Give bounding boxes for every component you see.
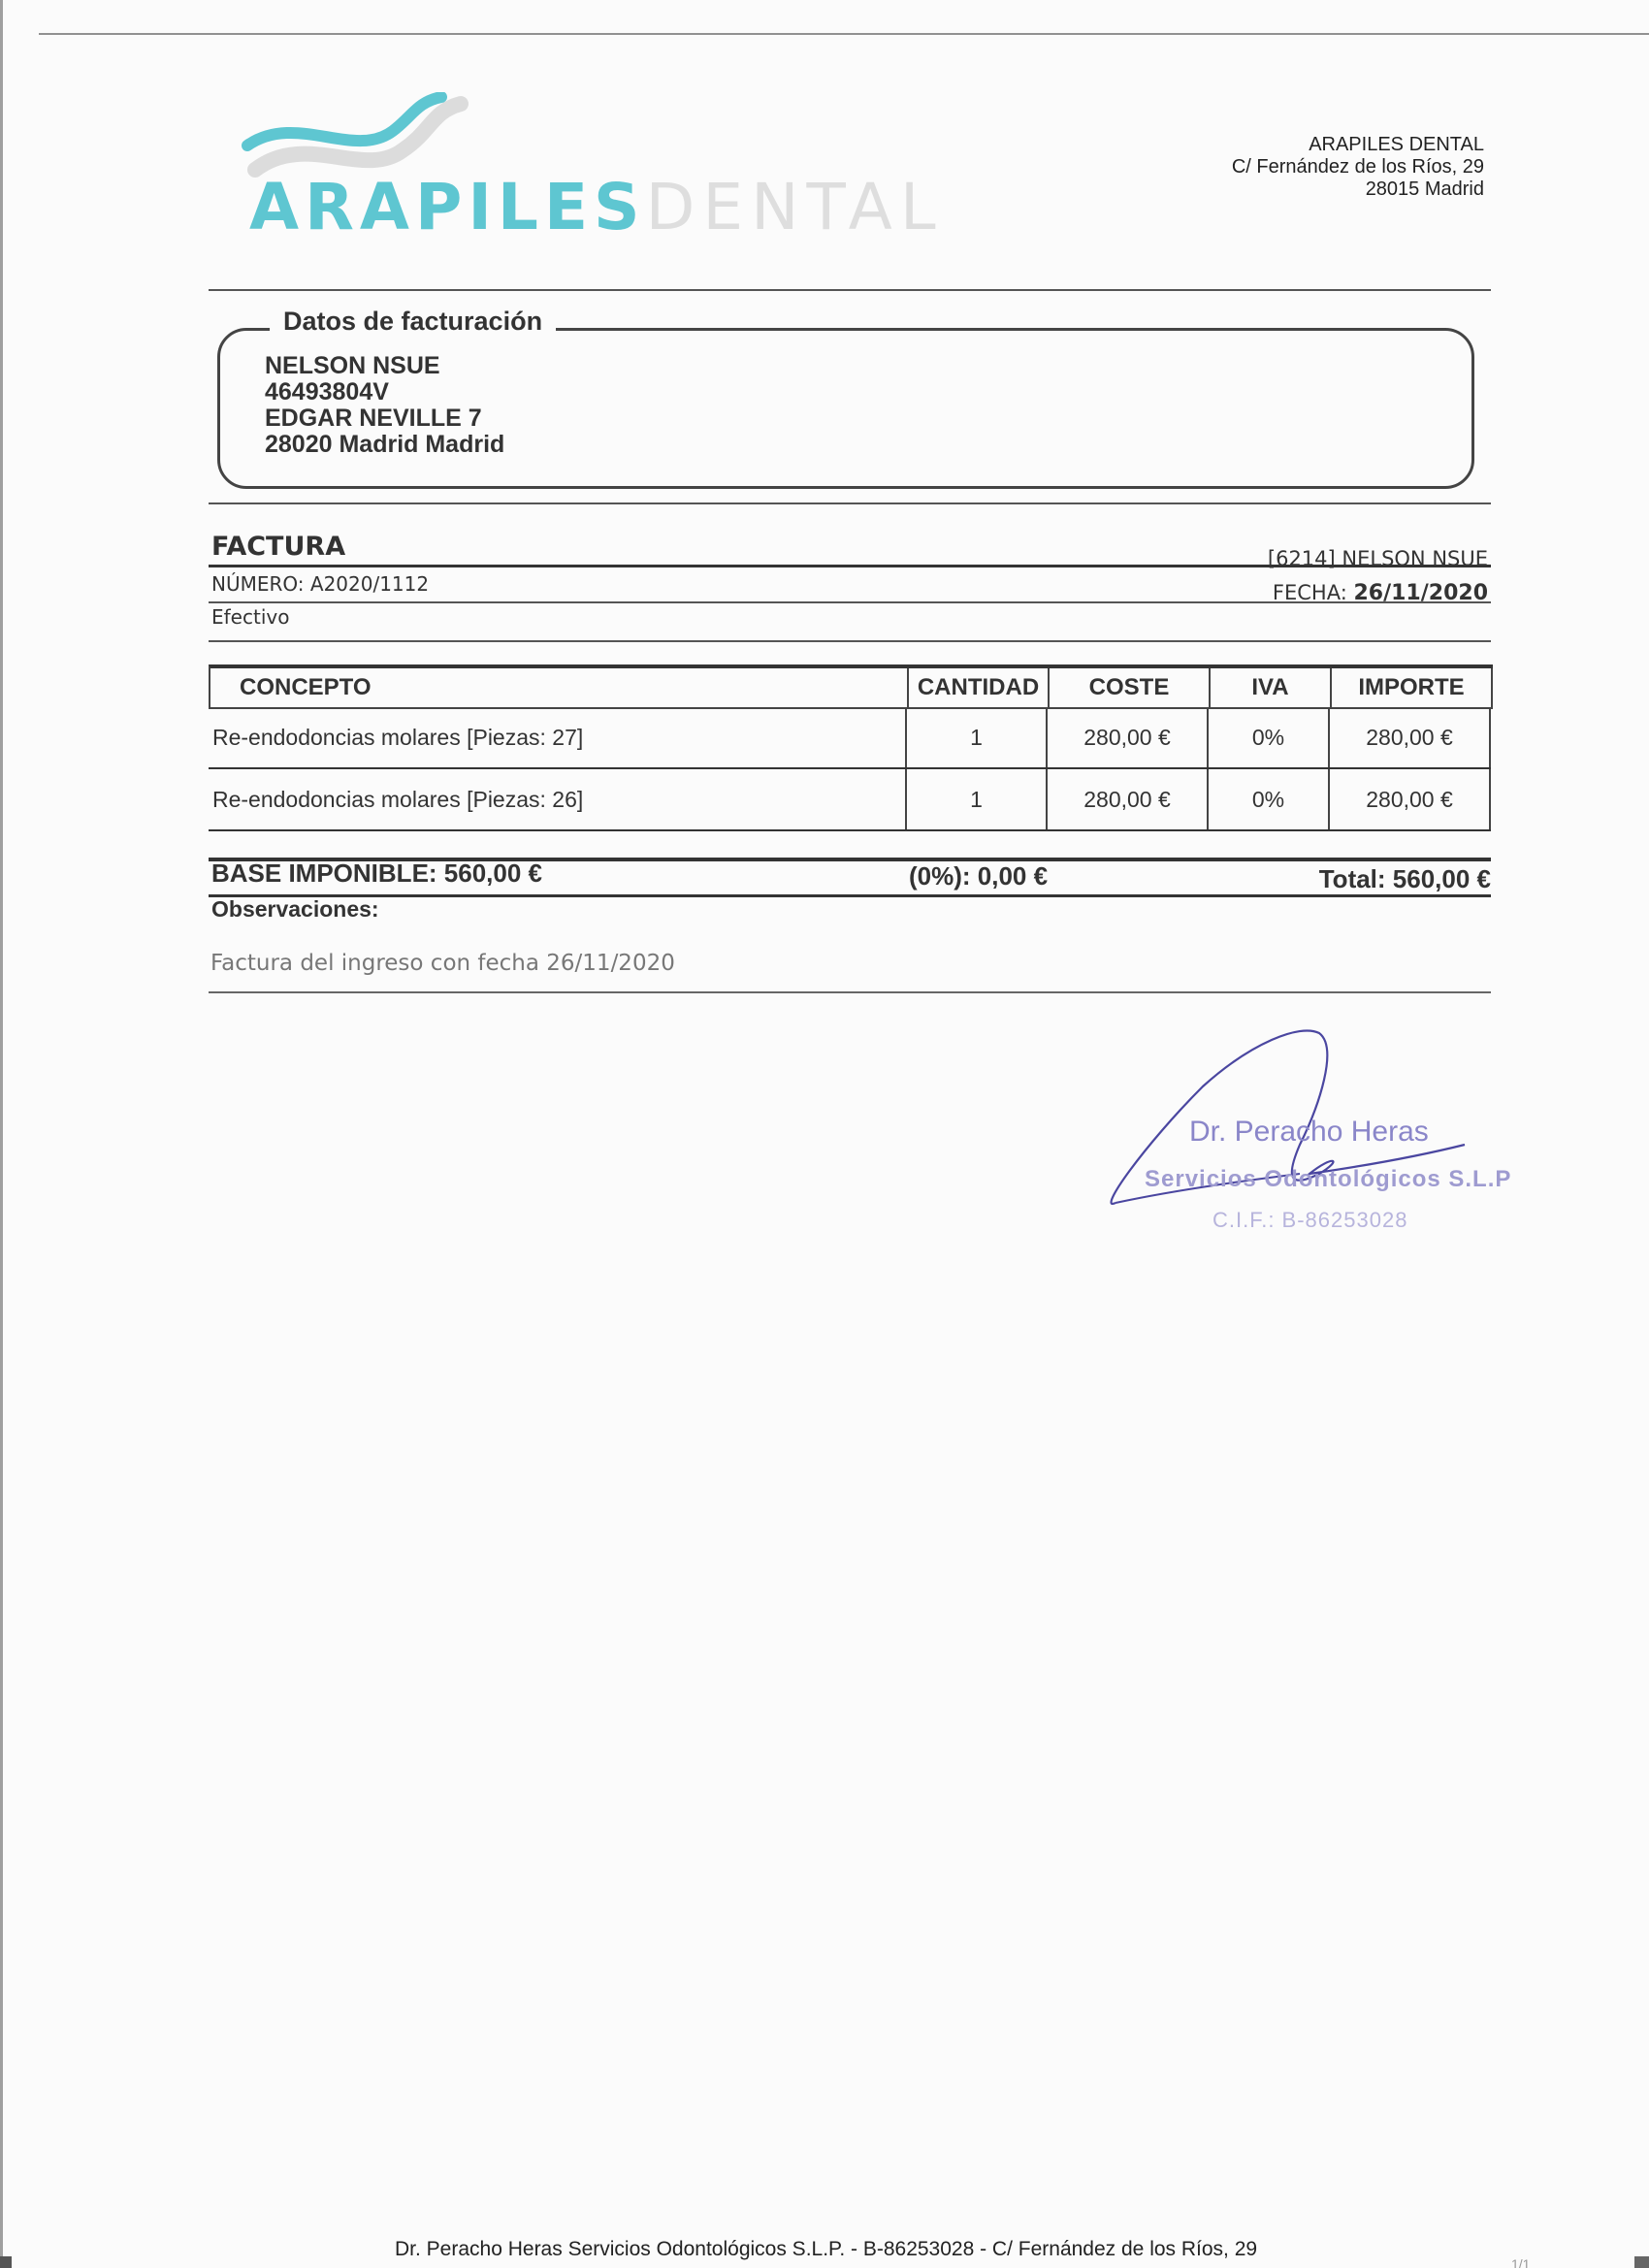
- company-city: 28015 Madrid: [1232, 178, 1484, 201]
- table-row: Re-endodoncias molares [Piezas: 26] 1 28…: [209, 769, 1491, 831]
- billing-tax-id: 46493804V: [265, 379, 504, 405]
- divider: [209, 601, 1491, 603]
- billing-address: EDGAR NEVILLE 7: [265, 405, 504, 432]
- cell-importe: 280,00 €: [1328, 769, 1491, 829]
- billing-details: NELSON NSUE 46493804V EDGAR NEVILLE 7 28…: [265, 353, 504, 458]
- company-address: ARAPILES DENTAL C/ Fernández de los Ríos…: [1232, 134, 1484, 201]
- stamp-line-1: Dr. Peracho Heras: [1189, 1116, 1429, 1149]
- divider: [209, 289, 1491, 291]
- page-footer: Dr. Peracho Heras Servicios Odontológico…: [395, 2238, 1257, 2261]
- cell-coste: 280,00 €: [1046, 707, 1207, 767]
- header-iva: IVA: [1209, 668, 1330, 707]
- scan-edge-corner: [1634, 2256, 1649, 2268]
- cell-concepto: Re-endodoncias molares [Piezas: 26]: [209, 769, 905, 829]
- payment-method: Efectivo: [211, 605, 289, 629]
- invoice-number-label: NÚMERO:: [211, 572, 305, 596]
- logo-word-primary: ARAPILES: [249, 170, 646, 244]
- invoice-number: NÚMERO: A2020/1112: [211, 572, 429, 596]
- cell-importe: 280,00 €: [1328, 707, 1491, 767]
- table-row: Re-endodoncias molares [Piezas: 27] 1 28…: [209, 707, 1491, 769]
- header-coste: COSTE: [1048, 668, 1209, 707]
- stamp-line-3: C.I.F.: B-86253028: [1212, 1208, 1407, 1233]
- company-name: ARAPILES DENTAL: [1232, 134, 1484, 156]
- invoice-title: FACTURA: [211, 532, 345, 562]
- cell-concepto: Re-endodoncias molares [Piezas: 27]: [209, 707, 905, 767]
- scan-edge-corner: [0, 2256, 12, 2268]
- stamp-line-2: Servicios Odontológicos S.L.P: [1145, 1166, 1511, 1193]
- wave-icon: [238, 92, 684, 179]
- divider: [209, 640, 1491, 642]
- company-street: C/ Fernández de los Ríos, 29: [1232, 156, 1484, 178]
- divider: [209, 565, 1491, 567]
- observations-label: Observaciones:: [211, 896, 379, 923]
- page-number: 1/1: [1511, 2256, 1530, 2268]
- totals-row: BASE IMPONIBLE: 560,00 € (0%): 0,00 € To…: [209, 859, 1491, 893]
- billing-title: Datos de facturación: [270, 307, 556, 337]
- total-amount: Total: 560,00 €: [1319, 864, 1491, 894]
- invoice-number-value: A2020/1112: [310, 572, 429, 596]
- header-cantidad: CANTIDAD: [907, 668, 1048, 707]
- company-logo: ARAPILESDENTAL: [238, 92, 878, 247]
- scan-edge-left: [0, 0, 3, 2268]
- cell-coste: 280,00 €: [1046, 769, 1207, 829]
- divider: [209, 991, 1491, 993]
- scan-edge-top: [39, 33, 1649, 35]
- cell-cantidad: 1: [905, 769, 1046, 829]
- tax-amount: (0%): 0,00 €: [909, 861, 1048, 891]
- company-stamp: Dr. Peracho Heras Servicios Odontológico…: [1086, 1019, 1513, 1251]
- observations-text: Factura del ingreso con fecha 26/11/2020: [210, 951, 675, 976]
- logo-wordmark: ARAPILESDENTAL: [249, 170, 944, 244]
- divider: [209, 894, 1491, 897]
- table-header: CONCEPTO CANTIDAD COSTE IVA IMPORTE: [209, 664, 1493, 709]
- cell-iva: 0%: [1207, 707, 1328, 767]
- cell-iva: 0%: [1207, 769, 1328, 829]
- divider: [209, 502, 1491, 504]
- header-importe: IMPORTE: [1330, 668, 1493, 707]
- base-imponible: BASE IMPONIBLE: 560,00 €: [211, 859, 542, 889]
- billing-city: 28020 Madrid Madrid: [265, 432, 504, 458]
- logo-word-secondary: DENTAL: [646, 170, 944, 244]
- header-concepto: CONCEPTO: [210, 668, 907, 707]
- cell-cantidad: 1: [905, 707, 1046, 767]
- billing-name: NELSON NSUE: [265, 353, 504, 379]
